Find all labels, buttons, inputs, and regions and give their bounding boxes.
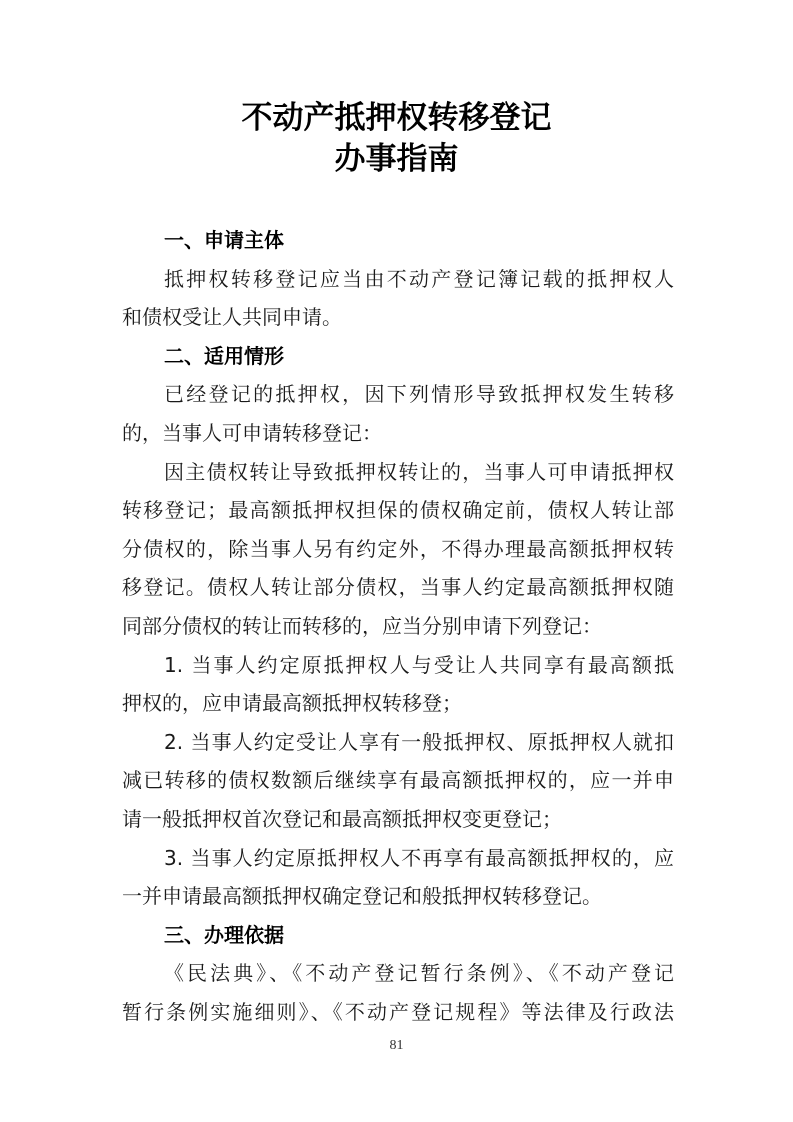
paragraph-line: 因主债权转让导致抵押权转让的，当事人可申请抵押权 bbox=[122, 453, 674, 492]
section-heading-applicant: 一、申请主体 bbox=[122, 221, 674, 260]
page-number: 81 bbox=[0, 1038, 793, 1054]
section-heading-legal-basis: 三、办理依据 bbox=[122, 916, 674, 955]
list-item-line: 减已转移的债权数额后继续享有最高额抵押权的，应一并申 bbox=[122, 761, 674, 800]
paragraph-line: 暂行条例实施细则》、《不动产登记规程》等法律及行政法 bbox=[122, 993, 674, 1032]
paragraph-line: 移登记。债权人转让部分债权，当事人约定最高额抵押权随 bbox=[122, 568, 674, 607]
list-item-line: 1. 当事人约定原抵押权人与受让人共同享有最高额抵 bbox=[122, 646, 674, 685]
paragraph-line: 同部分债权的转让而转移的，应当分别申请下列登记： bbox=[122, 607, 674, 646]
paragraph-line: 转移登记；最高额抵押权担保的债权确定前，债权人转让部 bbox=[122, 491, 674, 530]
paragraph-line: 的，当事人可申请转移登记： bbox=[122, 414, 674, 453]
list-item-line: 请一般抵押权首次登记和最高额抵押权变更登记； bbox=[122, 800, 674, 839]
document-title: 不动产抵押权转移登记 bbox=[0, 98, 793, 138]
list-item-line: 押权的，应申请最高额抵押权转移登； bbox=[122, 684, 674, 723]
paragraph-line: 分债权的，除当事人另有约定外，不得办理最高额抵押权转 bbox=[122, 530, 674, 569]
paragraph-line: 已经登记的抵押权，因下列情形导致抵押权发生转移 bbox=[122, 375, 674, 414]
list-item-line: 一并申请最高额抵押权确定登记和般抵押权转移登记。 bbox=[122, 877, 674, 916]
paragraph-line: 抵押权转移登记应当由不动产登记簿记载的抵押权人 bbox=[122, 260, 674, 299]
document-page: 不动产抵押权转移登记 办事指南 一、申请主体 抵押权转移登记应当由不动产登记簿记… bbox=[0, 0, 793, 1122]
paragraph-line: 《民法典》、《不动产登记暂行条例》、《不动产登记 bbox=[122, 954, 674, 993]
section-heading-applicable-cases: 二、适用情形 bbox=[122, 337, 674, 376]
list-item-line: 3. 当事人约定原抵押权人不再享有最高额抵押权的，应 bbox=[122, 839, 674, 878]
paragraph-line: 和债权受让人共同申请。 bbox=[122, 298, 674, 337]
document-body: 一、申请主体 抵押权转移登记应当由不动产登记簿记载的抵押权人 和债权受让人共同申… bbox=[122, 221, 674, 1031]
document-subtitle: 办事指南 bbox=[0, 139, 793, 179]
list-item-line: 2. 当事人约定受让人享有一般抵押权、原抵押权人就扣 bbox=[122, 723, 674, 762]
